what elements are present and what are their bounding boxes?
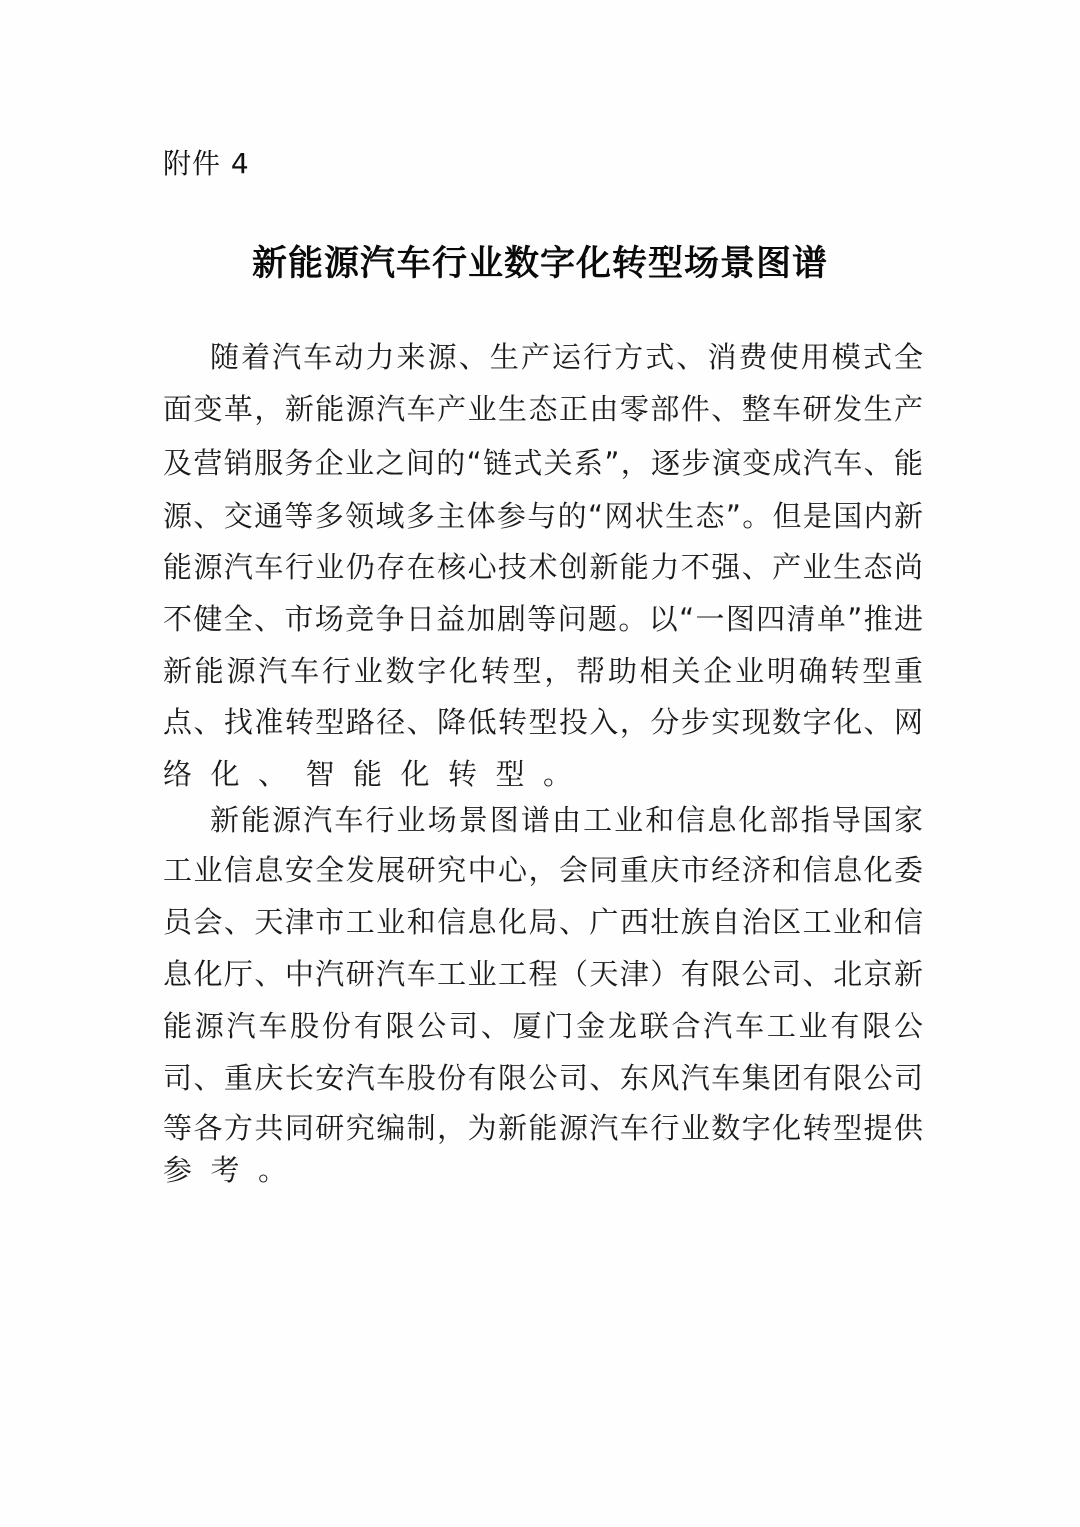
- paragraph-line: 面变革，新能源汽车产业生态正由零部件、整车研发生产: [163, 389, 923, 429]
- paragraph-line: 司、重庆长安汽车股份有限公司、东风汽车集团有限公司: [163, 1058, 923, 1098]
- paragraph-line: 息化厅、中汽研汽车工业工程（天津）有限公司、北京新: [163, 954, 923, 994]
- paragraph-line: 源、交通等多领域多主体参与的“网状生态”。但是国内新: [163, 496, 923, 536]
- paragraph-line: 新能源汽车行业场景图谱由工业和信息化部指导国家: [210, 800, 923, 840]
- paragraph-line: 不健全、市场竞争日益加剧等问题。以“一图四清单”推进: [163, 599, 923, 639]
- document-page: 附件 4 新能源汽车行业数字化转型场景图谱 随着汽车动力来源、生产运行方式、消费…: [0, 0, 1080, 1527]
- paragraph-line: 点、找准转型路径、降低转型投入，分步实现数字化、网: [163, 702, 923, 742]
- paragraph-line: 能源汽车股份有限公司、厦门金龙联合汽车工业有限公: [163, 1006, 923, 1046]
- paragraph-line: 参考。: [163, 1150, 923, 1190]
- paragraph-line: 等各方共同研究编制，为新能源汽车行业数字化转型提供: [163, 1108, 923, 1148]
- paragraph-line: 络化、智能化转型。: [163, 754, 923, 794]
- page-title: 新能源汽车行业数字化转型场景图谱: [0, 236, 1080, 286]
- paragraph-line: 工业信息安全发展研究中心，会同重庆市经济和信息化委: [163, 850, 923, 890]
- paragraph-line: 随着汽车动力来源、生产运行方式、消费使用模式全: [210, 337, 923, 377]
- paragraph-line: 能源汽车行业仍存在核心技术创新能力不强、产业生态尚: [163, 547, 923, 587]
- attachment-label: 附件 4: [163, 142, 250, 182]
- paragraph-line: 及营销服务企业之间的“链式关系”，逐步演变成汽车、能: [163, 443, 923, 483]
- paragraph-line: 员会、天津市工业和信息化局、广西壮族自治区工业和信: [163, 902, 923, 942]
- paragraph-line: 新能源汽车行业数字化转型，帮助相关企业明确转型重: [163, 651, 923, 691]
